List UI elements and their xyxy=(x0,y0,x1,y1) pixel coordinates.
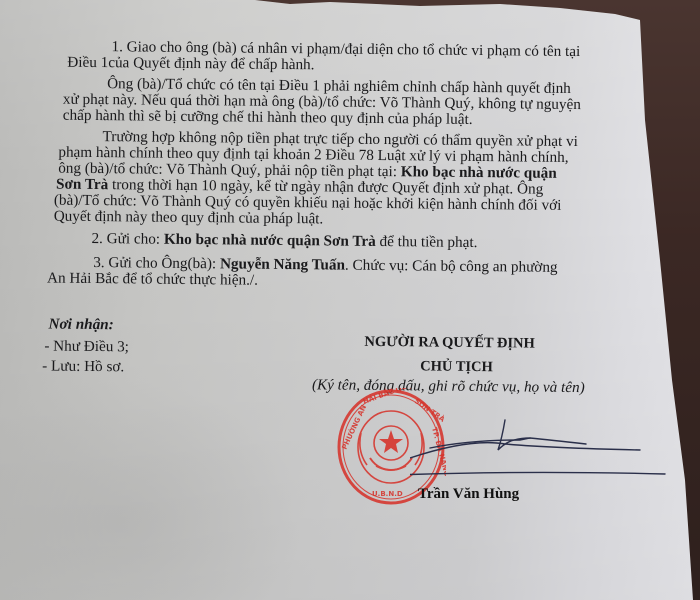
document-body: 1. Giao cho ông (bà) cá nhân vi phạm/đại… xyxy=(0,0,700,600)
position-title: CHỦ TỊCH xyxy=(420,358,493,375)
recipient-item-2: - Lưu: Hồ sơ. xyxy=(42,358,124,375)
svg-text:U.B.N.D: U.B.N.D xyxy=(372,490,403,498)
section-1-line-2: Điều 1của Quyết định này để chấp hành. xyxy=(67,55,314,74)
signer-name: Trần Văn Hùng xyxy=(418,486,519,503)
svg-text:HẢI BẮC QUẬN: HẢI BẮC QUẬN xyxy=(361,388,419,406)
district-name: Sơn Trà xyxy=(56,176,108,194)
section-3-line-2: An Hải Bắc để tổ chức thực hiện./. xyxy=(47,271,258,290)
issuer-title: NGƯỜI RA QUYẾT ĐỊNH xyxy=(364,334,535,352)
payment-line-6: Quyết định này theo quy định của pháp lu… xyxy=(54,209,324,228)
obligation-line-3: chấp hành thì sẽ bị cưỡng chế thi hành t… xyxy=(63,108,473,129)
recipient-item-1: - Như Điều 3; xyxy=(44,338,129,355)
recipients-title: Nơi nhận: xyxy=(49,317,114,334)
handwritten-signature-icon xyxy=(410,410,670,490)
section-2: 2. Gửi cho: Kho bạc nhà nước quận Sơn Tr… xyxy=(91,231,477,252)
